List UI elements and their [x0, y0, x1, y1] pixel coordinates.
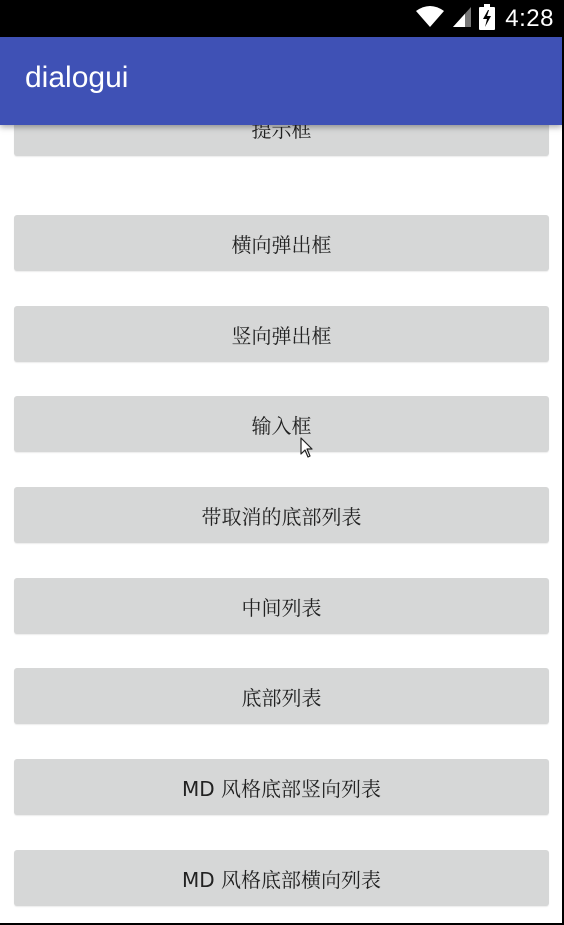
- status-bar: 4:28: [0, 0, 562, 37]
- vertical-popup-button[interactable]: 竖向弹出框: [14, 306, 549, 362]
- input-dialog-button[interactable]: 输入框: [14, 396, 549, 452]
- app-bar: dialogui: [0, 37, 562, 125]
- md-bottom-vertical-list-button[interactable]: MD 风格底部竖向列表: [14, 759, 549, 815]
- battery-charging-icon: [479, 4, 495, 34]
- app-screen: 4:28 dialogui 提示框 横向弹出框 竖向弹出框 输入框 带取消的底部…: [0, 0, 562, 923]
- cell-signal-icon: [451, 5, 473, 33]
- bottom-list-with-cancel-button[interactable]: 带取消的底部列表: [14, 487, 549, 543]
- app-title: dialogui: [25, 61, 128, 95]
- mouse-pointer-icon: [300, 437, 314, 463]
- status-time: 4:28: [505, 5, 554, 33]
- button-list: 提示框 横向弹出框 竖向弹出框 输入框 带取消的底部列表 中间列表 底部列表 M…: [0, 125, 562, 923]
- status-icons: 4:28: [415, 0, 554, 37]
- bottom-list-button[interactable]: 底部列表: [14, 668, 549, 724]
- horizontal-popup-button[interactable]: 横向弹出框: [14, 215, 549, 271]
- md-bottom-horizontal-list-button[interactable]: MD 风格底部横向列表: [14, 850, 549, 906]
- center-list-button[interactable]: 中间列表: [14, 578, 549, 634]
- wifi-icon: [415, 5, 445, 33]
